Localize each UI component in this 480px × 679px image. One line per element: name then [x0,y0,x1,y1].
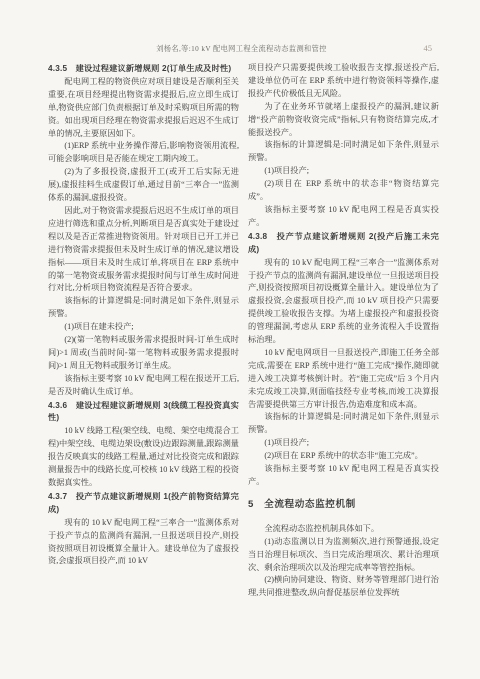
running-title: 刘杨名,等:10 kV 配电网工程全流程动态监测和管控 [48,44,435,54]
list-item: (2)项目在 ERP 系统中的状态非“施工完成”。 [248,450,439,463]
list-item: (1)动态监测以日为监测频次,进行预警通报,设定当日治理目标项次、当日完成治理项… [248,536,439,575]
subsection-heading-4-3-5: 4.3.5 建设过程建议新增规则 2(订单生成及时性) [48,63,239,76]
list-item: (1)项目在建未投产; [48,321,239,334]
list-item: (1)ERP 系统中业务操作滞后,影响物资领用流程,可能会影响项目是否能在规定工… [48,140,239,166]
text-columns: 4.3.5 建设过程建议新增规则 2(订单生成及时性) 配电网工程的物资供应对项… [48,62,439,600]
subsection-heading-4-3-7: 4.3.7 投产节点建议新增规则 1(投产前物资结算完成) [48,491,239,517]
paragraph-continuation: 项目投产只需要提供竣工验收报告支撑,报送投产后,建设单位仍可在 ERP 系统中进… [248,62,439,101]
paragraph: 该指标的计算逻辑是:同时满足如下条件,则显示预警。 [48,295,239,321]
subsection-heading-4-3-8: 4.3.8 投产节点建议新增规则 2(投产后施工未完成) [248,231,439,257]
list-item: (2)为了多报投资,虚报开工(或开工后实际无进展),虚报挂料生成虚假订单,通过目… [48,166,239,205]
left-column: 4.3.5 建设过程建议新增规则 2(订单生成及时性) 配电网工程的物资供应对项… [48,62,239,600]
section-heading-5: 5 全流程动态监控机制 [248,499,439,512]
paragraph: 全流程动态监控机制具体如下。 [248,523,439,536]
list-item: (1)项目投产; [248,437,439,450]
paragraph: 10 kV 线路工程(架空线、电缆、架空电缆混合工程)中架空线、电缆边架设(敷设… [48,425,239,490]
paragraph: 该指标的计算逻辑是:同时满足如下条件,则显示预警。 [248,411,439,437]
paragraph: 为了在业务环节就堵上虚报投产的漏洞,建议新增“投产前物资收资完成”指标,只有物资… [248,101,439,140]
paragraph: 该指标主要考察 10 kV 配电网工程是否真实投产。 [248,463,439,489]
paragraph: 该指标的计算逻辑是:同时满足如下条件,则显示预警。 [248,139,439,165]
page-number: 45 [424,43,433,53]
list-item: (2)(第一笔物料或服务需求提报时间-订单生成时间)>1 周或(当前时间-第一笔… [48,334,239,373]
paragraph: 现有的 10 kV 配电网工程“三率合一”监测体系对于投产节点的监测尚有漏洞,一… [48,517,239,569]
paragraph: 因此,对于物资需求提报后迟迟不生成订单的项目应进行筛选和重点分析,判断项目是否真… [48,205,239,295]
paragraph: 该指标主要考察 10 kV 配电网工程是否真实投产。 [248,204,439,230]
paragraph: 10 kV 配电网项目一旦报送投产,即施工任务全部完成,需要在 ERP 系统中进… [248,347,439,412]
running-head: 刘杨名,等:10 kV 配电网工程全流程动态监测和管控 45 [48,44,435,56]
list-item: (2)项目在 ERP 系统中的状态非“物资结算完成”。 [248,178,439,204]
subsection-heading-4-3-6: 4.3.6 建设过程建议新增规则 3(线缆工程投资真实性) [48,400,239,426]
paper-page: 刘杨名,等:10 kV 配电网工程全流程动态监测和管控 45 4.3.5 建设过… [0,0,480,679]
list-item: (2)横向协同建设、物资、财务等管理部门进行治理,共同推进整改,纵向督促基层单位… [248,574,439,600]
paragraph: 现有的 10 kV 配电网工程“三率合一”监测体系对于投产节点的监测尚有漏洞,建… [248,257,439,347]
right-column: 项目投产只需要提供竣工验收报告支撑,报送投产后,建设单位仍可在 ERP 系统中进… [248,62,439,600]
list-item: (1)项目投产; [248,165,439,178]
paragraph: 该指标主要考察 10 kV 配电网工程在报送开工后,是否及时确认生成订单。 [48,373,239,399]
paragraph: 配电网工程的物资供应对项目建设是否顺利至关重要,在项目经理提出物资需求提报后,应… [48,76,239,141]
